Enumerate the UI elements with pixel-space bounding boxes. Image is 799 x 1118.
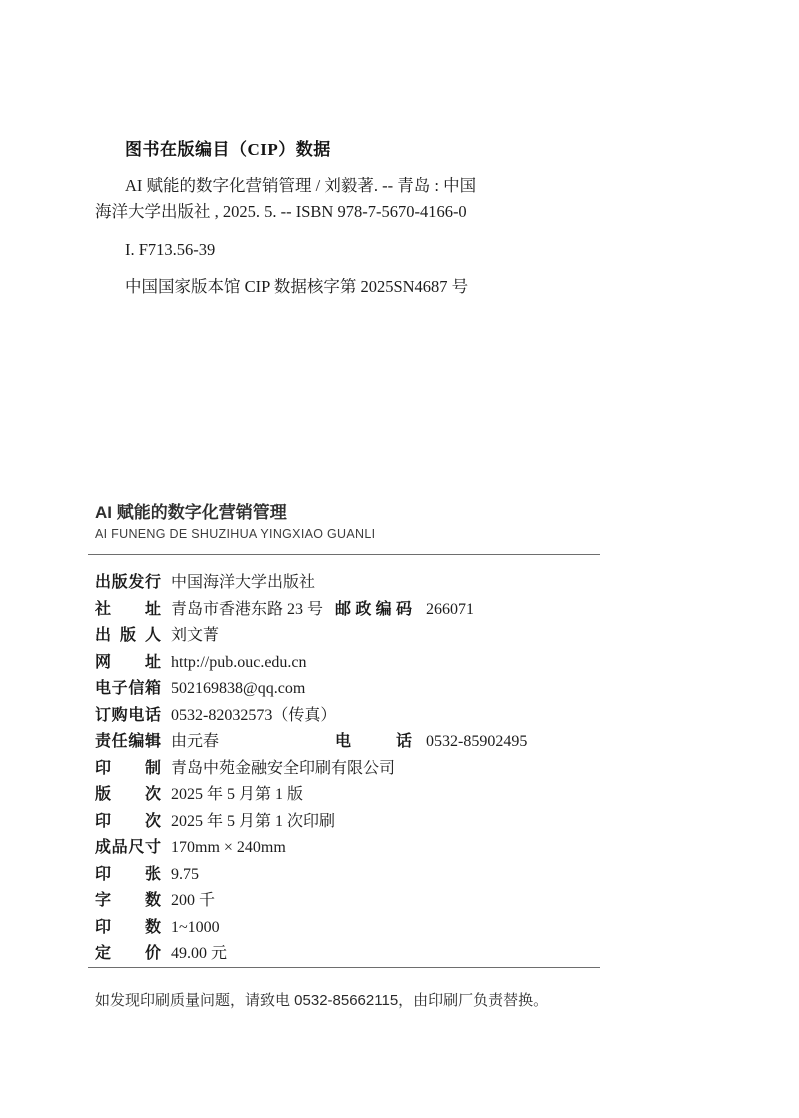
field-value: 中国海洋大学出版社 [171,570,315,597]
field-value: 49.00 元 [171,941,227,968]
divider-bottom [88,967,600,968]
cip-record-number: 中国国家版本馆 CIP 数据核字第 2025SN4687 号 [125,276,468,297]
colophon-row: 印张9.75 [88,862,600,889]
colophon-row: 责任编辑由元春电话0532-85902495 [88,729,600,756]
colophon-row: 印数1~1000 [88,915,600,942]
colophon-row: 订购电话0532-82032573（传真） [88,703,600,730]
field-value: 青岛市香港东路 23 号 [171,597,323,624]
field-value: 502169838@qq.com [171,676,305,703]
field-label: 印次 [95,809,161,836]
field-value-secondary: 0532-85902495 [426,729,527,756]
colophon-row: 出版人刘文菁 [88,623,600,650]
field-label: 成品尺寸 [95,835,161,862]
field-label-secondary: 电话 [335,729,412,756]
field-label: 印张 [95,862,161,889]
field-label: 社址 [95,597,161,624]
field-value: 9.75 [171,862,199,889]
copyright-page: 图书在版编目（CIP）数据 AI 赋能的数字化营销管理 / 刘毅著. -- 青岛… [0,0,799,1118]
cip-entry-line2: 海洋大学出版社 , 2025. 5. -- ISBN 978-7-5670-41… [95,201,467,222]
field-label: 出版人 [95,623,161,650]
field-label: 网址 [95,650,161,677]
field-label: 印数 [95,915,161,942]
colophon-row: 印次2025 年 5 月第 1 次印刷 [88,809,600,836]
field-label: 出版发行 [95,570,161,597]
field-value: 2025 年 5 月第 1 次印刷 [171,809,335,836]
colophon-row: 成品尺寸170mm × 240mm [88,835,600,862]
field-label: 电子信箱 [95,676,161,703]
book-title-pinyin: AI FUNENG DE SHUZIHUA YINGXIAO GUANLI [95,527,375,542]
colophon-row: 版次2025 年 5 月第 1 版 [88,782,600,809]
colophon-row: 网址http://pub.ouc.edu.cn [88,650,600,677]
field-value: 刘文菁 [171,623,219,650]
cip-heading: 图书在版编目（CIP）数据 [125,139,331,160]
field-label: 责任编辑 [95,729,161,756]
divider-top [88,554,600,555]
field-value: 0532-82032573（传真） [171,703,336,730]
field-value: http://pub.ouc.edu.cn [171,650,307,677]
field-label: 印制 [95,756,161,783]
field-value-secondary: 266071 [426,597,474,624]
field-label: 订购电话 [95,703,161,730]
book-title: AI 赋能的数字化营销管理 [95,502,287,523]
field-value: 2025 年 5 月第 1 版 [171,782,303,809]
colophon-row: 出版发行中国海洋大学出版社 [88,570,600,597]
field-value: 由元春 [171,729,219,756]
field-value: 170mm × 240mm [171,835,286,862]
field-value: 青岛中苑金融安全印刷有限公司 [171,756,395,783]
field-label-secondary: 邮政编码 [335,597,412,624]
colophon-row: 定价49.00 元 [88,941,600,968]
colophon-rows: 出版发行中国海洋大学出版社社址青岛市香港东路 23 号邮政编码266071出版人… [88,570,600,968]
field-label: 字数 [95,888,161,915]
field-label: 版次 [95,782,161,809]
colophon-row: 字数200 千 [88,888,600,915]
cip-classification: I. F713.56-39 [125,239,215,260]
field-value: 1~1000 [171,915,220,942]
colophon-row: 电子信箱502169838@qq.com [88,676,600,703]
field-value: 200 千 [171,888,215,915]
print-quality-note: 如发现印刷质量问题，请致电 0532-85662115，由印刷厂负责替换。 [95,991,548,1011]
colophon-row: 印制青岛中苑金融安全印刷有限公司 [88,756,600,783]
field-label: 定价 [95,941,161,968]
colophon-row: 社址青岛市香港东路 23 号邮政编码266071 [88,597,600,624]
cip-entry-line1: AI 赋能的数字化营销管理 / 刘毅著. -- 青岛 : 中国 [125,175,476,196]
